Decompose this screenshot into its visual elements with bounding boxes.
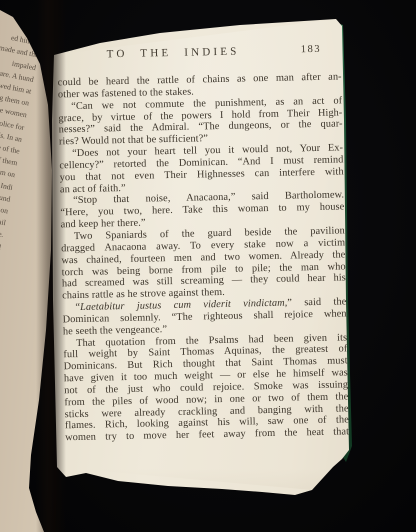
book-photograph: DIESed him ony be made and theimpaledthe… xyxy=(0,0,416,532)
body-text: could be heard the rattle of chains as o… xyxy=(58,71,350,444)
left-page-text-fragments: DIESed him ony be made and theimpaledthe… xyxy=(0,7,44,410)
text-segment: and keep her there.” xyxy=(61,218,146,231)
right-page-text: TO THE INDIES 183 could be heard the rat… xyxy=(57,43,349,444)
page-number: 183 xyxy=(301,44,321,55)
text-segment: ” said the xyxy=(287,296,346,308)
text-segment: an act of faith.” xyxy=(60,183,126,195)
